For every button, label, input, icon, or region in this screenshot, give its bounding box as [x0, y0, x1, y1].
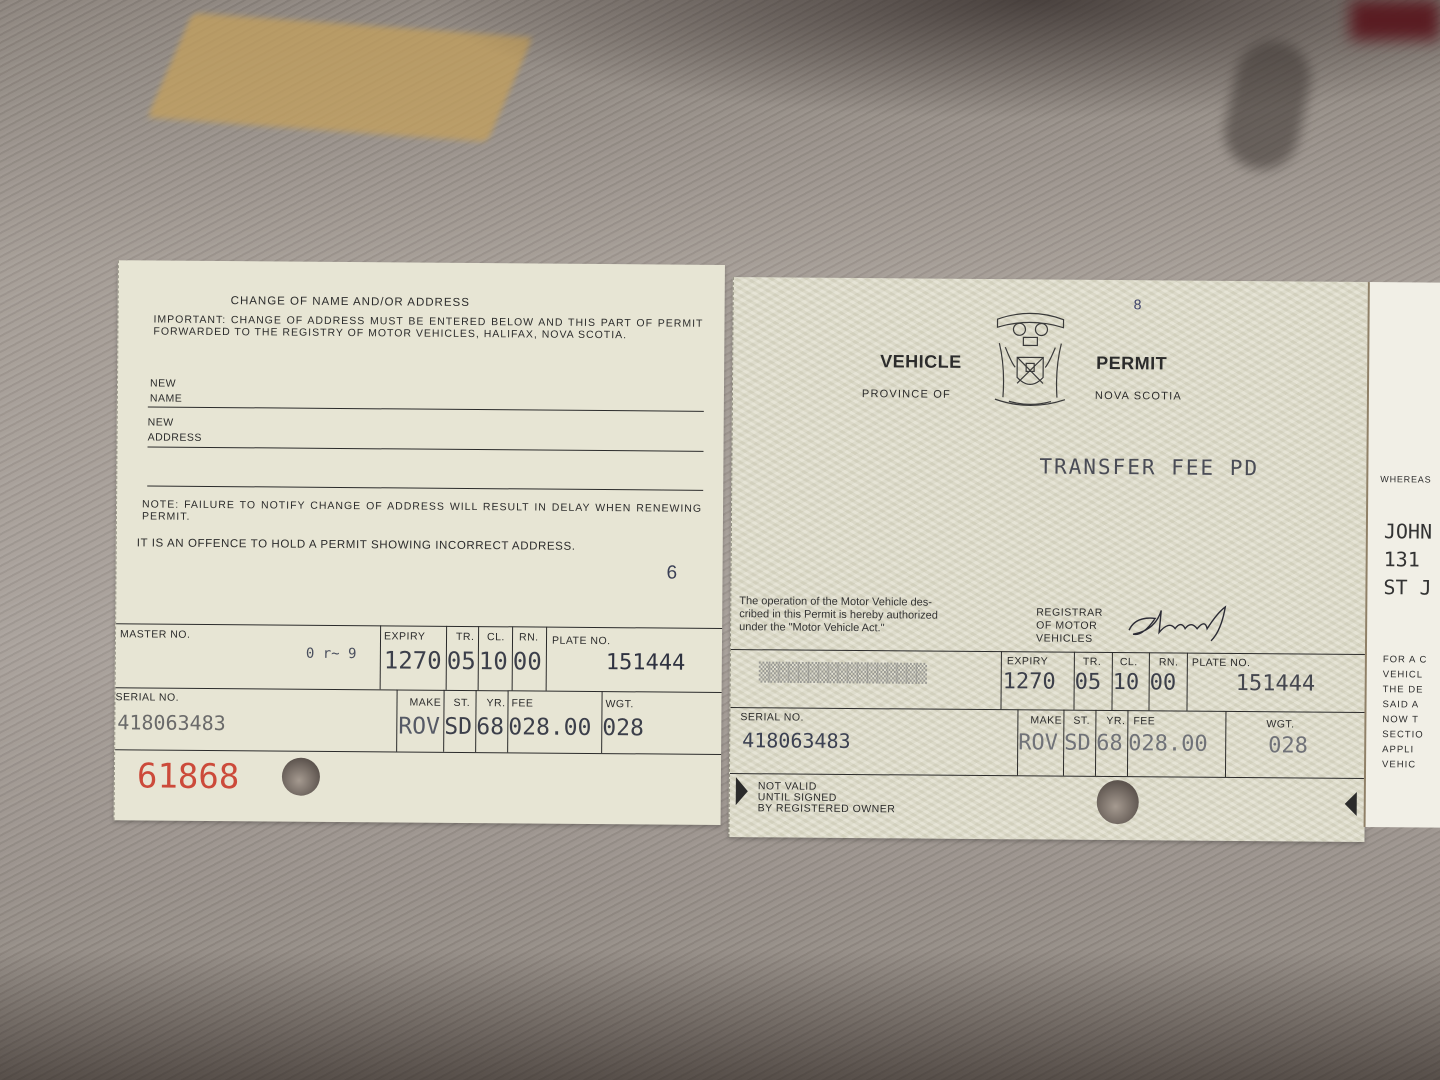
divider: [115, 749, 721, 755]
clause-line: FOR A C: [1383, 652, 1428, 667]
make-value: ROV: [1018, 730, 1058, 755]
master-no-value: 0 r~ 9: [306, 646, 357, 662]
clause-line: NOW T: [1382, 712, 1427, 727]
clause-line: THE DE: [1383, 682, 1428, 697]
new-address-label-2: ADDRESS: [148, 431, 202, 443]
clause-text: FOR A C VEHICL THE DE SAID A NOW T SECTI…: [1382, 652, 1427, 772]
punch-hole: [1097, 780, 1139, 824]
new-address-label: NEW: [148, 416, 174, 428]
expiry-value: 1270: [1003, 669, 1056, 694]
master-no-smudge: ▒▒▒▒▒▒▒▒▒▒▒▒▒▒▒▒▒: [759, 662, 926, 684]
new-name-label-2: NAME: [150, 392, 182, 404]
wgt-value: 028: [602, 715, 644, 741]
expiry-value: 1270: [384, 646, 442, 674]
rn-label: RN.: [1159, 656, 1179, 668]
serial-no-label: SERIAL NO.: [116, 691, 180, 703]
divider: [546, 627, 548, 691]
owner-block: JOHN 131 ST J: [1383, 517, 1432, 601]
yr-label: YR.: [1106, 715, 1125, 727]
clause-line: APPLI: [1382, 742, 1427, 757]
fee-value: 028.00: [1128, 731, 1208, 757]
handwritten-number: 6: [666, 563, 677, 585]
fee-label: FEE: [511, 697, 533, 709]
divider: [116, 623, 722, 629]
divider: [730, 773, 1365, 779]
registrar-line: VEHICLES: [1036, 632, 1103, 646]
divider: [1186, 653, 1187, 711]
vehicle-permit-panel: 8 VEHICLE PERMIT PROVINCE OF NOVA SCOTIA…: [728, 277, 1368, 842]
divider: [1225, 711, 1227, 777]
subtitle-nova-scotia: NOVA SCOTIA: [1095, 390, 1182, 403]
new-address-line-1[interactable]: [148, 446, 704, 451]
whereas-label: WHEREAS: [1380, 474, 1431, 484]
owner-name: JOHN: [1384, 517, 1432, 545]
expiry-label: EXPIRY: [384, 630, 425, 642]
clause-line: SAID A: [1382, 697, 1427, 712]
subtitle-province: PROVINCE OF: [862, 388, 951, 401]
cl-label: CL.: [487, 631, 505, 643]
clause-line: SECTIO: [1382, 727, 1427, 742]
registrar-signature: [1125, 600, 1245, 645]
yr-value: 68: [1096, 731, 1123, 756]
divider: [116, 687, 722, 693]
stub-title: CHANGE OF NAME AND/OR ADDRESS: [231, 295, 470, 309]
cl-value: 10: [479, 647, 508, 675]
offence-text: IT IS AN OFFENCE TO HOLD A PERMIT SHOWIN…: [137, 537, 576, 552]
not-valid-line: BY REGISTERED OWNER: [758, 803, 896, 815]
serial-no-value: 418063483: [117, 710, 226, 735]
title-permit: PERMIT: [1096, 353, 1167, 375]
expiry-label: EXPIRY: [1007, 655, 1048, 667]
ownership-panel: WHEREAS JOHN 131 ST J FOR A C VEHICL THE…: [1364, 282, 1440, 828]
transfer-fee-stamp: TRANSFER FEE PD: [1039, 454, 1259, 480]
registrar-line: REGISTRAR: [1036, 606, 1103, 620]
registrar-label: REGISTRAR OF MOTOR VEHICLES: [1036, 606, 1103, 646]
plate-no-label: PLATE NO.: [552, 635, 611, 647]
not-valid-notice: NOT VALID UNTIL SIGNED BY REGISTERED OWN…: [758, 781, 896, 815]
yr-label: YR.: [486, 697, 505, 709]
tr-value: 05: [1075, 670, 1102, 695]
arrow-right-icon: [736, 777, 748, 805]
new-name-line[interactable]: [148, 406, 704, 411]
new-name-label: NEW: [150, 377, 176, 389]
serial-no-value: 418063483: [742, 728, 851, 753]
wgt-label: WGT.: [1266, 718, 1294, 730]
important-notice: IMPORTANT: CHANGE OF ADDRESS MUST BE ENT…: [153, 314, 703, 342]
punch-hole: [282, 758, 320, 796]
red-object: [1350, 0, 1440, 40]
cl-value: 10: [1113, 670, 1140, 695]
plate-no-value: 151444: [1236, 671, 1316, 697]
handwritten-mark: 8: [1134, 296, 1142, 312]
control-number: 61868: [137, 756, 240, 797]
plate-no-value: 151444: [606, 650, 686, 676]
vehicle-permit-document: CHANGE OF NAME AND/OR ADDRESS IMPORTANT:…: [84, 258, 1440, 841]
authorization-line: under the "Motor Vehicle Act.": [739, 621, 938, 636]
st-value: SD: [444, 714, 472, 740]
rn-label: RN.: [519, 631, 539, 643]
owner-address-line: 131: [1384, 545, 1432, 573]
tr-label: TR.: [1083, 656, 1102, 668]
st-label: ST.: [453, 697, 470, 709]
note-text: NOTE: FAILURE TO NOTIFY CHANGE OF ADDRES…: [142, 498, 702, 526]
change-of-address-stub: CHANGE OF NAME AND/OR ADDRESS IMPORTANT:…: [114, 260, 725, 825]
tr-label: TR.: [456, 631, 475, 643]
plate-no-label: PLATE NO.: [1192, 657, 1251, 669]
make-label: MAKE: [409, 697, 441, 709]
wgt-value: 028: [1268, 733, 1308, 758]
rn-value: 00: [513, 647, 542, 675]
table-edge-shadow: [0, 950, 1440, 1080]
arrow-left-icon: [1345, 792, 1357, 816]
fee-value: 028.00: [508, 714, 591, 741]
serial-no-label: SERIAL NO.: [740, 711, 804, 723]
make-value: ROV: [398, 713, 440, 739]
st-label: ST.: [1073, 715, 1090, 727]
owner-address-line: ST J: [1383, 573, 1431, 601]
title-vehicle: VEHICLE: [880, 351, 962, 373]
clause-line: VEHIC: [1382, 757, 1427, 772]
make-label: MAKE: [1030, 714, 1062, 726]
registrar-line: OF MOTOR: [1036, 619, 1103, 633]
yr-value: 68: [476, 714, 504, 740]
master-no-label: MASTER NO.: [120, 628, 190, 641]
authorization-text: The operation of the Motor Vehicle des- …: [739, 595, 938, 636]
clause-line: VEHICL: [1383, 667, 1428, 682]
cl-label: CL.: [1120, 656, 1138, 668]
wgt-label: WGT.: [605, 698, 633, 710]
fee-label: FEE: [1133, 715, 1155, 727]
rn-value: 00: [1150, 670, 1177, 695]
coat-of-arms-icon: [989, 307, 1072, 412]
divider: [730, 707, 1365, 713]
tr-value: 05: [447, 647, 476, 675]
divider: [731, 649, 1366, 655]
st-value: SD: [1064, 731, 1091, 756]
divider: [380, 625, 382, 689]
new-address-line-2[interactable]: [147, 485, 703, 490]
